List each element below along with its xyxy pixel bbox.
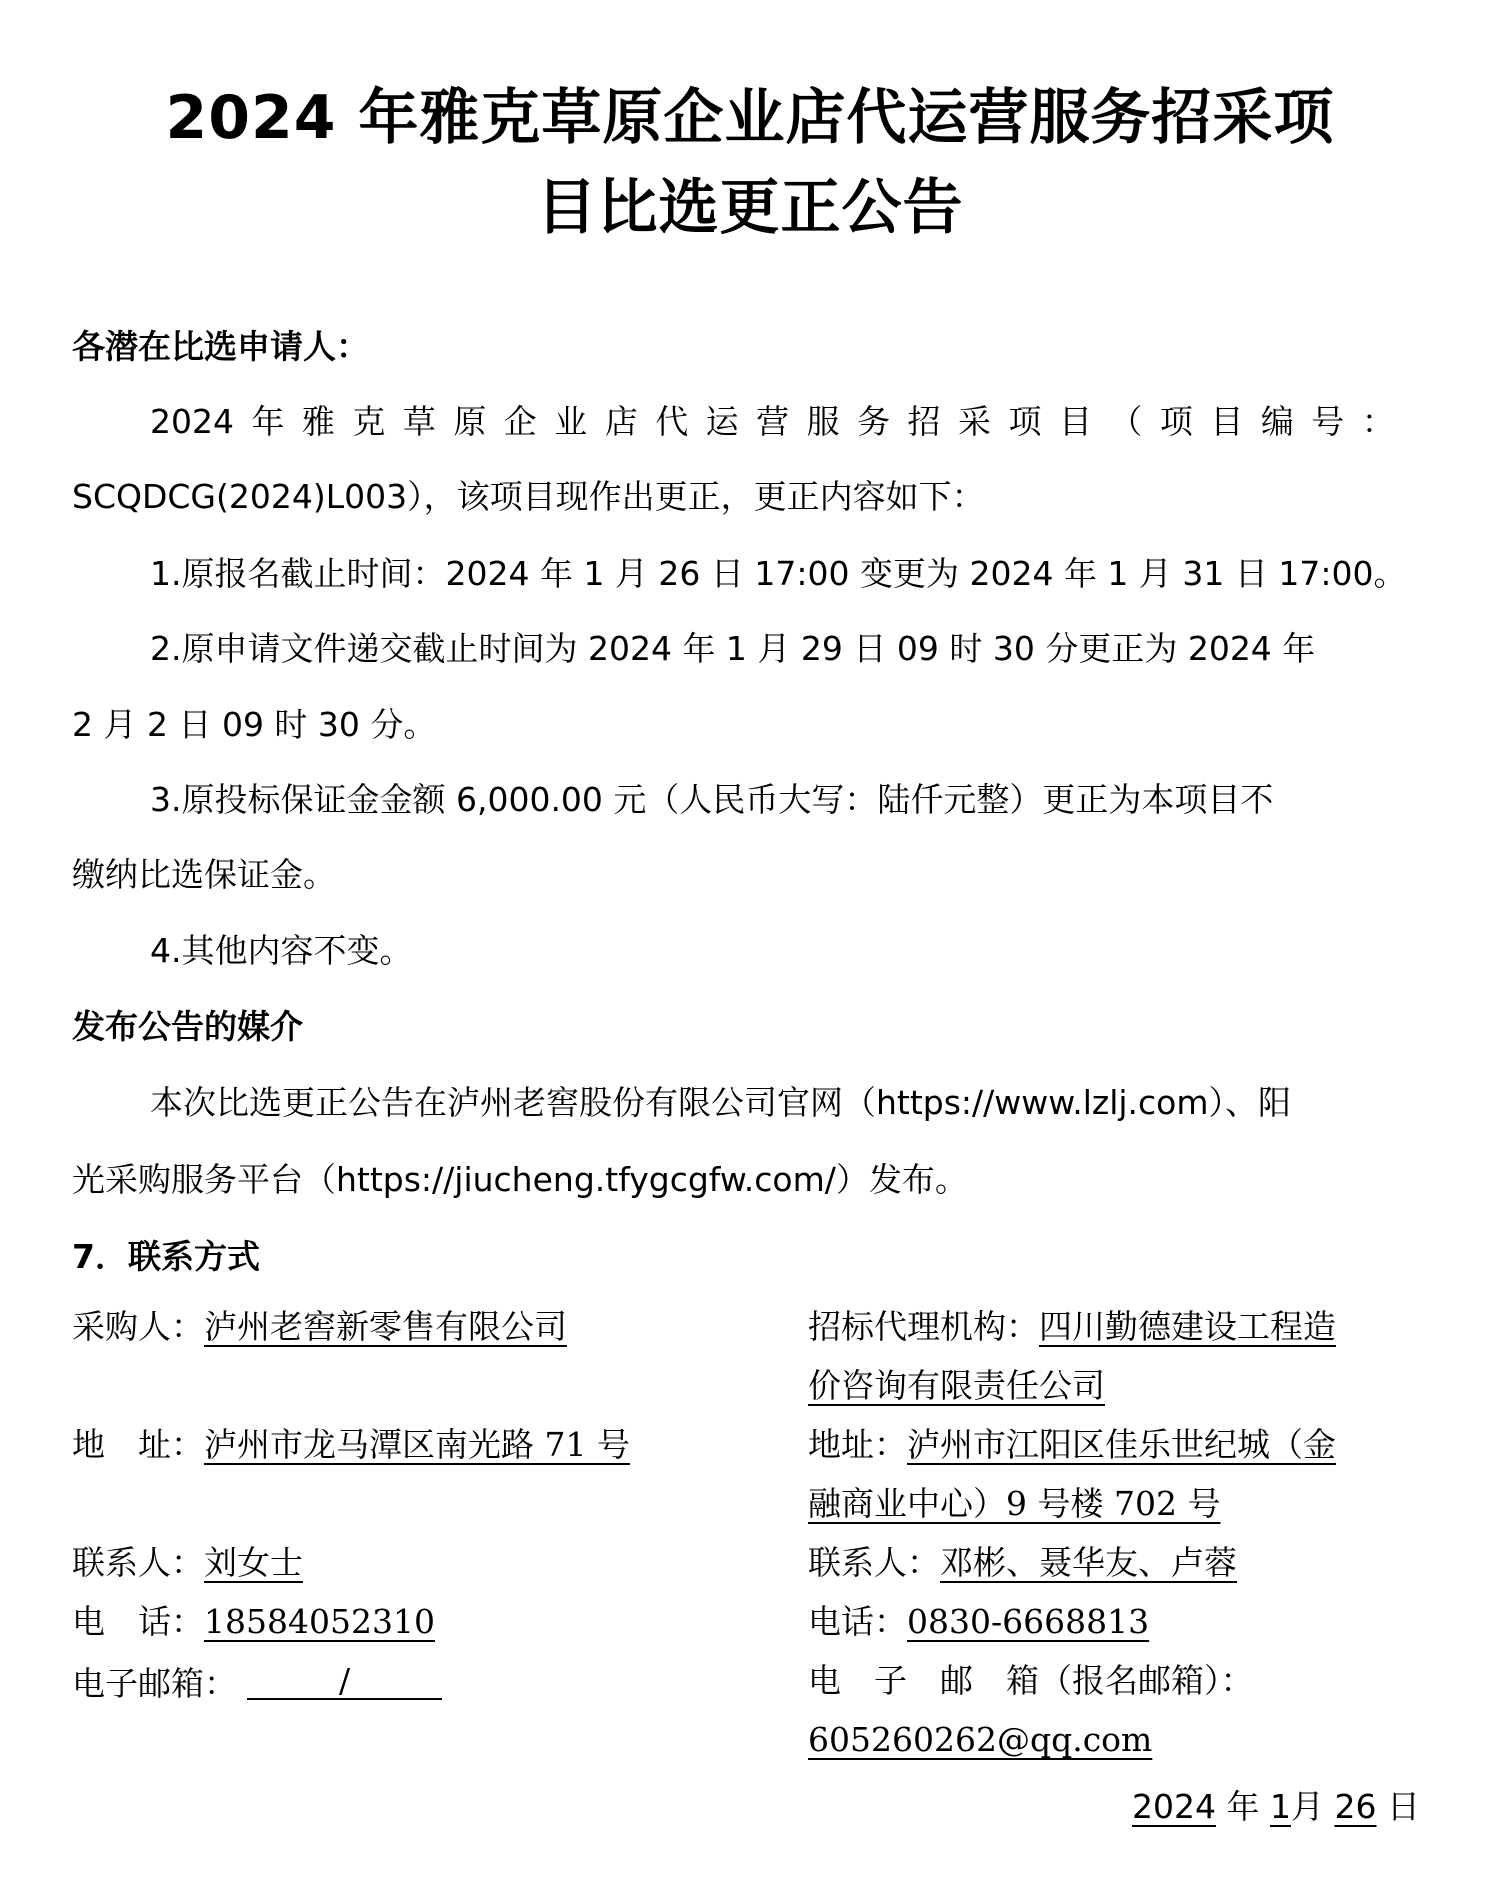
intro-line-1: 2024年雅克草原企业店代运营服务招采项目（项目编号： — [150, 405, 1395, 438]
agency-email-row-2: 605260262@qq.com — [808, 1723, 1152, 1756]
intro-token: 企 — [504, 405, 537, 438]
agency-address-row: 地址：泸州市江阳区佳乐世纪城（金 — [808, 1428, 1336, 1461]
agency-name-value-line-2: 价咨询有限责任公司 — [808, 1366, 1105, 1405]
intro-line-1-justified: 2024年雅克草原企业店代运营服务招采项目（项目编号： — [150, 405, 1395, 438]
intro-line-2: SCQDCG(2024)L003），该项目现作出更正，更正内容如下： — [72, 480, 985, 513]
announcement-page: 2024 年雅克草原企业店代运营服务招采项 目比选更正公告 各潜在比选申请人： … — [0, 0, 1500, 1902]
purchaser-address-value: 泸州市龙马潭区南光路 71 号 — [204, 1425, 630, 1464]
purchaser-person-row: 联系人：刘女士 — [72, 1546, 303, 1579]
intro-token: 运 — [706, 405, 739, 438]
purchaser-address-row: 地 址：泸州市龙马潭区南光路 71 号 — [72, 1428, 630, 1461]
date-day: 26 — [1335, 1787, 1377, 1826]
intro-token: 目 — [1059, 405, 1092, 438]
intro-token: 项 — [1160, 405, 1193, 438]
intro-token: 务 — [857, 405, 890, 438]
purchaser-person-value: 刘女士 — [204, 1543, 303, 1582]
agency-person-row: 联系人：邓彬、聂华友、卢蓉 — [808, 1546, 1237, 1579]
intro-token: 2024 — [150, 405, 234, 438]
agency-name-value-line-1: 四川勤德建设工程造 — [1039, 1307, 1336, 1346]
agency-name-label: 招标代理机构： — [808, 1307, 1039, 1346]
agency-address-row-2: 融商业中心）9 号楼 702 号 — [808, 1487, 1220, 1520]
agency-name-row: 招标代理机构：四川勤德建设工程造 — [808, 1310, 1336, 1343]
document-title-line-2: 目比选更正公告 — [0, 178, 1500, 238]
intro-token: 服 — [807, 405, 840, 438]
purchaser-email-label: 电子邮箱： — [72, 1664, 237, 1703]
purchaser-name-value: 泸州老窖新零售有限公司 — [204, 1307, 567, 1346]
intro-token: 招 — [908, 405, 941, 438]
correction-item-3-line-1: 3.原投标保证金金额 6,000.00 元（人民币大写：陆仟元整）更正为本项目不 — [150, 783, 1273, 816]
intro-token: 编 — [1261, 405, 1294, 438]
agency-address-label: 地址： — [808, 1425, 907, 1464]
intro-token: 代 — [655, 405, 688, 438]
intro-token: 项 — [1008, 405, 1041, 438]
date-month: 1 — [1270, 1787, 1291, 1826]
date-day-unit: 日 — [1387, 1787, 1420, 1826]
date-year: 2024 — [1132, 1787, 1216, 1826]
intro-token: 目 — [1210, 405, 1243, 438]
purchaser-name-row: 采购人：泸州老窖新零售有限公司 — [72, 1310, 567, 1343]
intro-token: ： — [1362, 405, 1395, 438]
intro-token: 克 — [352, 405, 385, 438]
agency-email-row: 电 子 邮 箱（报名邮箱）： — [808, 1664, 1254, 1697]
media-line-2: 光采购服务平台（https://jiucheng.tfygcgfw.com/）发… — [72, 1163, 968, 1196]
purchaser-address-label: 地 址： — [72, 1425, 204, 1464]
intro-token: 雅 — [302, 405, 335, 438]
correction-item-2-line-1: 2.原申请文件递交截止时间为 2024 年 1 月 29 日 09 时 30 分… — [150, 632, 1315, 665]
purchaser-phone-label: 电 话： — [72, 1602, 204, 1641]
date-year-unit: 年 — [1227, 1787, 1260, 1826]
correction-item-3-line-2: 缴纳比选保证金。 — [72, 858, 336, 891]
agency-person-label: 联系人： — [808, 1543, 940, 1582]
intro-token: 采 — [958, 405, 991, 438]
agency-address-value-line-2: 融商业中心）9 号楼 702 号 — [808, 1484, 1220, 1523]
contact-heading: 7．联系方式 — [72, 1240, 260, 1273]
purchaser-person-label: 联系人： — [72, 1543, 204, 1582]
agency-address-value-line-1: 泸州市江阳区佳乐世纪城（金 — [907, 1425, 1336, 1464]
agency-person-value: 邓彬、聂华友、卢蓉 — [940, 1543, 1237, 1582]
intro-token: （ — [1109, 405, 1142, 438]
intro-token: 营 — [756, 405, 789, 438]
intro-token: 号 — [1311, 405, 1344, 438]
agency-email-value: 605260262@qq.com — [808, 1720, 1152, 1759]
date-month-unit: 月 — [1291, 1787, 1324, 1826]
purchaser-name-label: 采购人： — [72, 1307, 204, 1346]
correction-item-2-line-2: 2 月 2 日 09 时 30 分。 — [72, 708, 436, 741]
document-title-line-1: 2024 年雅克草原企业店代运营服务招采项 — [0, 88, 1500, 148]
intro-token: 年 — [251, 405, 284, 438]
media-heading: 发布公告的媒介 — [72, 1010, 303, 1043]
agency-email-label: 电 子 邮 箱（报名邮箱）： — [808, 1661, 1254, 1700]
salutation: 各潜在比选申请人： — [72, 330, 369, 363]
agency-phone-row: 电话：0830-6668813 — [808, 1605, 1149, 1638]
intro-token: 原 — [453, 405, 486, 438]
correction-item-1: 1.原报名截止时间：2024 年 1 月 26 日 17:00 变更为 2024… — [150, 557, 1406, 590]
media-line-1: 本次比选更正公告在泸州老窖股份有限公司官网（https://www.lzlj.c… — [150, 1086, 1291, 1119]
intro-token: 店 — [605, 405, 638, 438]
purchaser-phone-value: 18584052310 — [204, 1602, 435, 1641]
purchaser-email-value: / — [247, 1664, 442, 1700]
intro-token: 草 — [403, 405, 436, 438]
agency-phone-label: 电话： — [808, 1602, 907, 1641]
purchaser-email-row: 电子邮箱：/ — [72, 1664, 442, 1700]
agency-name-row-2: 价咨询有限责任公司 — [808, 1369, 1105, 1402]
intro-token: 业 — [554, 405, 587, 438]
correction-item-4: 4.其他内容不变。 — [150, 934, 413, 967]
signature-date: 2024 年 1月 26 日 — [1132, 1790, 1420, 1823]
agency-phone-value: 0830-6668813 — [907, 1602, 1149, 1641]
purchaser-phone-row: 电 话：18584052310 — [72, 1605, 435, 1638]
